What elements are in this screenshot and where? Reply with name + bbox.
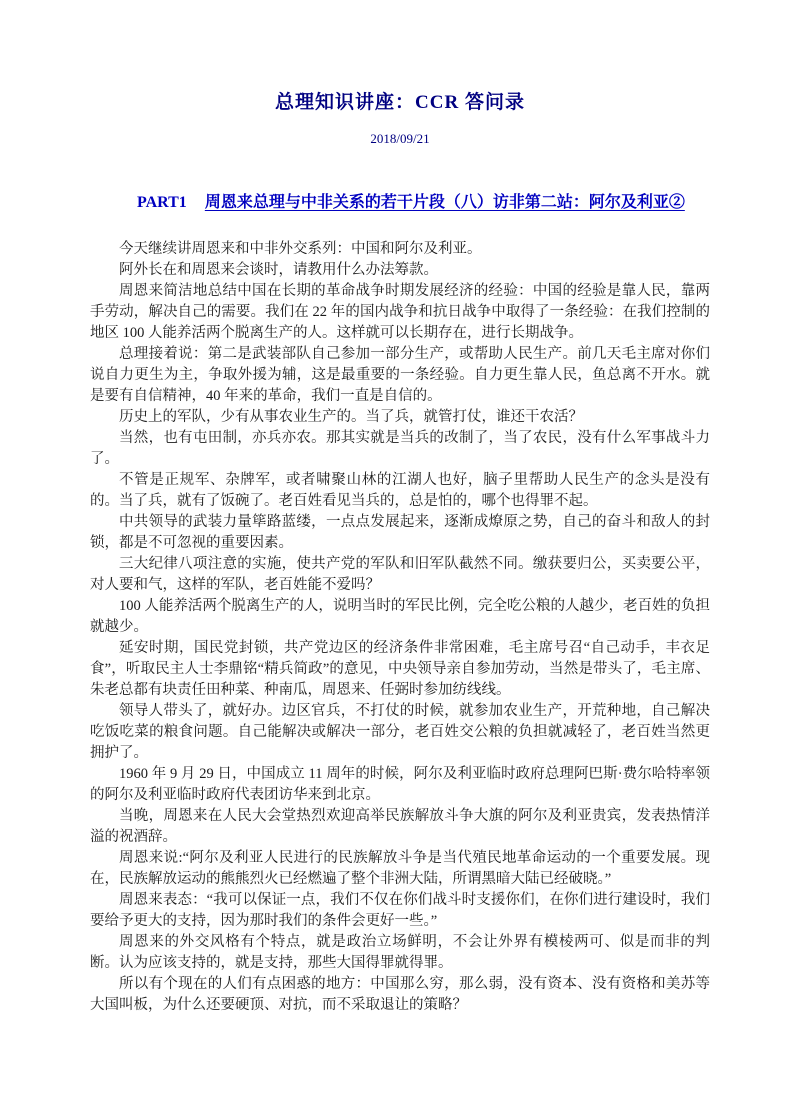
paragraph: 周恩来表态：“我可以保证一点，我们不仅在你们战斗时支援你们，在你们进行建设时，我… <box>90 890 710 932</box>
paragraph: 阿外长在和周恩来会谈时，请教用什么办法筹款。 <box>90 260 710 281</box>
paragraph: 三大纪律八项注意的实施，使共产党的军队和旧军队截然不同。缴获要归公，买卖要公平，… <box>90 554 710 596</box>
document-title: 总理知识讲座：CCR 答问录 <box>90 90 710 116</box>
document-date: 2018/09/21 <box>90 130 710 148</box>
paragraph: 所以有个现在的人们有点困惑的地方：中国那么穷，那么弱，没有资本、没有资格和美苏等… <box>90 974 710 1016</box>
document-page: 总理知识讲座：CCR 答问录 2018/09/21 PART1周恩来总理与中非关… <box>0 0 800 1100</box>
paragraph: 100 人能养活两个脱离生产的人，说明当时的军民比例，完全吃公粮的人越少，老百姓… <box>90 596 710 638</box>
paragraph: 周恩来简洁地总结中国在长期的革命战争时期发展经济的经验：中国的经验是靠人民，靠两… <box>90 281 710 344</box>
paragraph: 当然，也有屯田制，亦兵亦农。那其实就是当兵的改制了，当了农民，没有什么军事战斗力… <box>90 428 710 470</box>
paragraph: 周恩来说:“阿尔及利亚人民进行的民族解放斗争是当代殖民地革命运动的一个重要发展。… <box>90 848 710 890</box>
paragraph: 领导人带头了，就好办。边区官兵，不打仗的时候，就参加农业生产，开荒种地，自己解决… <box>90 701 710 764</box>
section-part-label: PART1 <box>137 194 187 211</box>
paragraph: 当晚，周恩来在人民大会堂热烈欢迎高举民族解放斗争大旗的阿尔及利亚贵宾，发表热情洋… <box>90 806 710 848</box>
paragraph: 中共领导的武装力量筚路蓝缕，一点点发展起来，逐渐成燎原之势，自己的奋斗和敌人的封… <box>90 512 710 554</box>
paragraph: 总理接着说：第二是武装部队自己参加一部分生产，或帮助人民生产。前几天毛主席对你们… <box>90 344 710 407</box>
paragraph: 延安时期，国民党封锁，共产党边区的经济条件非常困难，毛主席号召“自己动手，丰衣足… <box>90 638 710 701</box>
section-heading-link[interactable]: 周恩来总理与中非关系的若干片段（八）访非第二站：阿尔及利亚② <box>205 194 685 211</box>
section-heading: PART1周恩来总理与中非关系的若干片段（八）访非第二站：阿尔及利亚② <box>90 192 710 214</box>
paragraph: 1960 年 9 月 29 日，中国成立 11 周年的时候，阿尔及利亚临时政府总… <box>90 764 710 806</box>
paragraph: 不管是正规军、杂牌军，或者啸聚山林的江湖人也好，脑子里帮助人民生产的念头是没有的… <box>90 470 710 512</box>
document-body: 今天继续讲周恩来和中非外交系列：中国和阿尔及利亚。阿外长在和周恩来会谈时，请教用… <box>90 239 710 1016</box>
paragraph: 周恩来的外交风格有个特点，就是政治立场鲜明，不会让外界有模棱两可、似是而非的判断… <box>90 932 710 974</box>
paragraph: 今天继续讲周恩来和中非外交系列：中国和阿尔及利亚。 <box>90 239 710 260</box>
paragraph: 历史上的军队，少有从事农业生产的。当了兵，就管打仗，谁还干农活？ <box>90 407 710 428</box>
